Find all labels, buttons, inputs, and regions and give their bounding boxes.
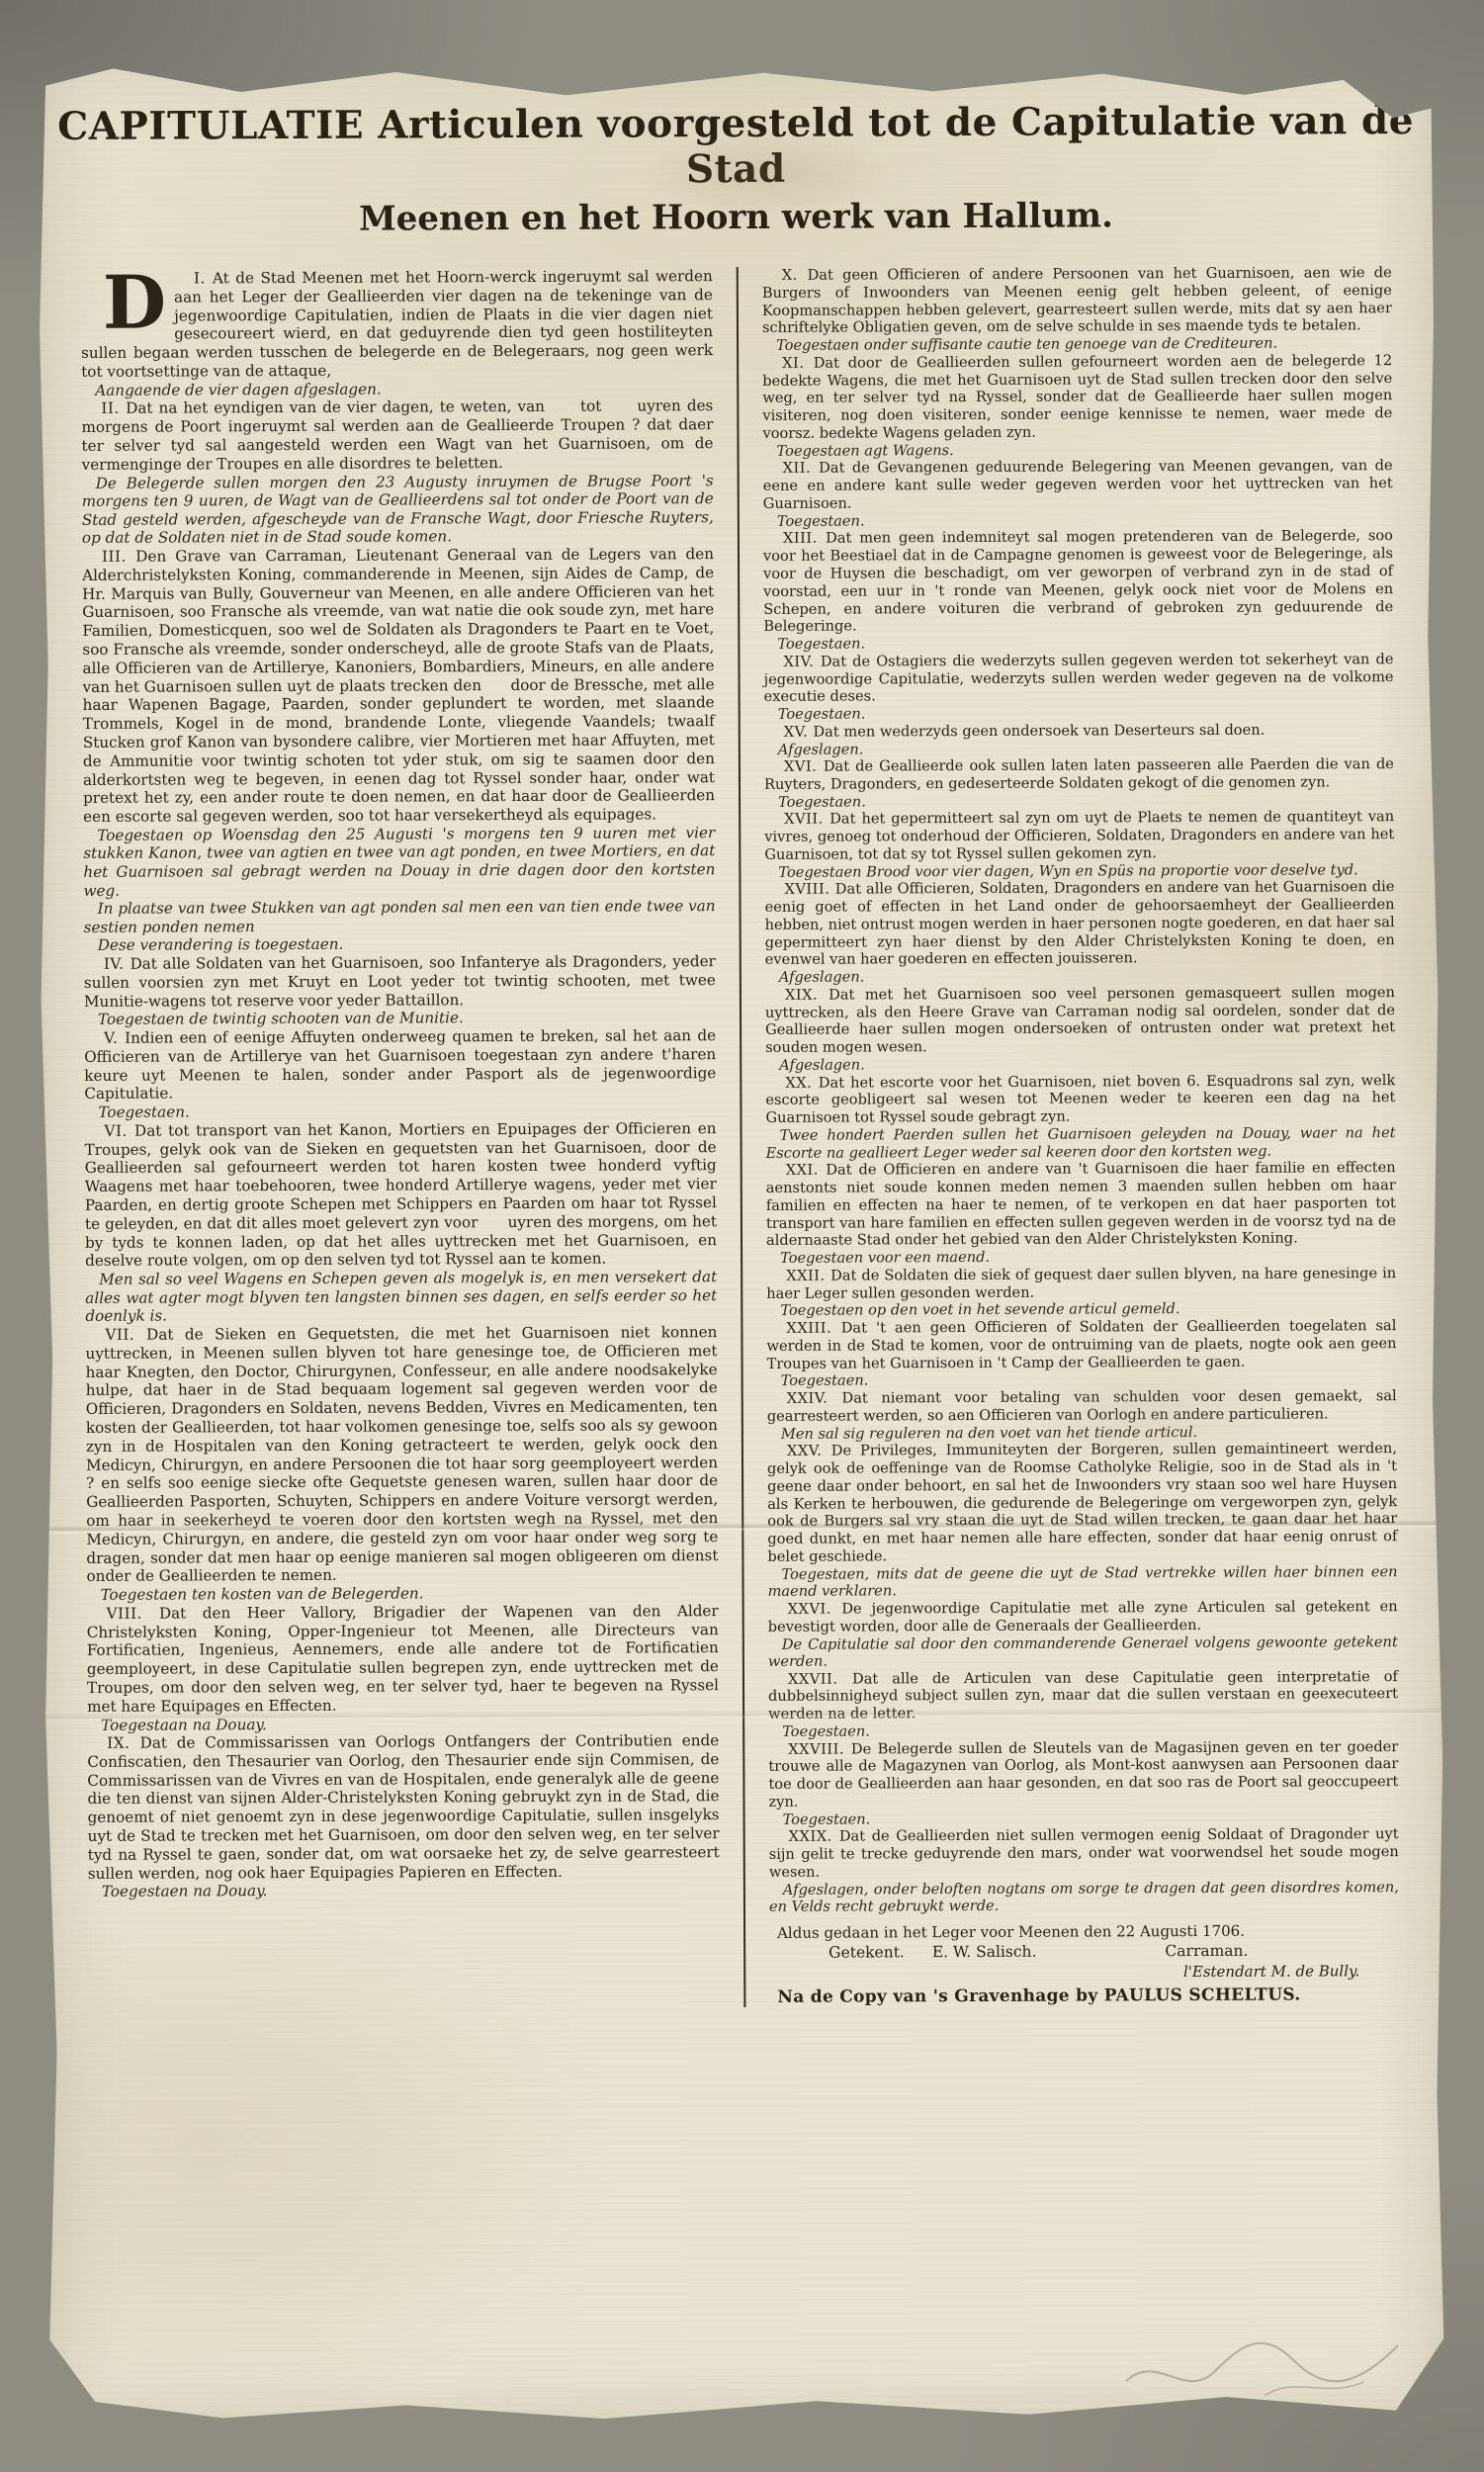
title-line-1: CAPITULATIE Articulen voorgesteld tot de… xyxy=(29,98,1442,195)
signed-label: Getekent. xyxy=(829,1942,905,1963)
article-response: Toegestaen op Woensdag den 25 Augusti 's… xyxy=(83,824,715,900)
article-II: II. Dat na het eyndigen van de vier dage… xyxy=(81,397,713,474)
article-number: XXVII. xyxy=(788,1670,852,1687)
column-right-articles: X. Dat geen Officieren of andere Persoon… xyxy=(762,264,1399,1916)
article-number: XIII. xyxy=(783,530,826,547)
article-number: IX. xyxy=(107,1734,140,1752)
article-XII: XII. Dat de Gevangenen geduurende Belege… xyxy=(763,457,1393,512)
article-XXV: XXV. De Privileges, Immuniteyten der Bor… xyxy=(767,1440,1398,1565)
article-number: III. xyxy=(102,548,135,566)
article-number: I. xyxy=(194,269,213,287)
article-number: VI. xyxy=(104,1121,134,1139)
title-line-2: Meenen en het Hoorn werk van Hallum. xyxy=(29,195,1442,240)
article-number: X. xyxy=(782,267,808,284)
article-number: XII. xyxy=(783,460,820,477)
article-VII: VII. Dat de Sieken en Gequetsten, die me… xyxy=(85,1323,718,1586)
article-number: XIV. xyxy=(783,653,820,669)
article-number: XXI. xyxy=(786,1162,827,1179)
article-XXII: XXII. Dat de Soldaten die siek of geques… xyxy=(766,1265,1396,1302)
article-response: Twee hondert Paerden sullen het Guarniso… xyxy=(766,1124,1396,1162)
article-XI: XI. Dat door de Geallieerden sullen gefo… xyxy=(762,352,1392,443)
article-number: XXIV. xyxy=(787,1390,842,1407)
article-XXVI: XXVI. De jegenwoordige Capitulatie met a… xyxy=(768,1598,1398,1635)
text-columns: I. DAt de Stad Meenen met het Hoorn-werc… xyxy=(30,264,1451,2010)
article-number: VII. xyxy=(105,1326,146,1344)
article-XXIII: XXIII. Dat 't aen geen Officieren of Sol… xyxy=(766,1317,1396,1372)
printer-imprint: Na de Copy van 's Gravenhage by PAULUS S… xyxy=(769,1985,1399,2007)
document-sheet: CAPITULATIE Articulen voorgesteld tot de… xyxy=(29,37,1453,2435)
article-IV: IV. Dat alle Soldaten van het Guarnisoen… xyxy=(84,952,716,1011)
article-number: XX. xyxy=(785,1074,819,1091)
drop-cap: D xyxy=(81,269,174,332)
article-XVII: XVII. Dat het gepermitteert sal zyn om u… xyxy=(764,808,1394,863)
article-XIX: XIX. Dat met het Guarnisoen soo veel per… xyxy=(765,984,1395,1057)
article-V: V. Indien een of eenige Affuyten onderwe… xyxy=(84,1026,716,1104)
article-VIII: VIII. Dat den Heer Vallory, Brigadier de… xyxy=(87,1602,719,1717)
article-X: X. Dat geen Officieren of andere Persoon… xyxy=(762,264,1392,337)
article-number: XV. xyxy=(784,723,814,740)
article-number: XXVIII. xyxy=(788,1740,851,1757)
article-XVIII: XVIII. Dat alle Officieren, Soldaten, Dr… xyxy=(764,878,1394,969)
article-I: I. DAt de Stad Meenen met het Hoorn-werc… xyxy=(81,267,713,382)
article-XXVII: XXVII. Dat alle de Articulen van dese Ca… xyxy=(768,1668,1398,1723)
article-XXIX: XXIX. Dat de Geallieerden niet sullen ve… xyxy=(769,1826,1399,1882)
article-IX: IX. Dat de Commissarissen van Oorlogs On… xyxy=(87,1731,720,1883)
article-response: Afgeslagen, onder beloften nogtans om so… xyxy=(769,1879,1399,1916)
article-VI: VI. Dat tot transport van het Kanon, Mor… xyxy=(84,1119,717,1271)
article-number: XXIII. xyxy=(786,1320,840,1337)
article-number: XIX. xyxy=(785,986,829,1003)
article-XVI: XVI. Dat de Geallieerde ook sullen laten… xyxy=(764,755,1394,793)
closing-block: Aldus gedaan in het Leger voor Meenen de… xyxy=(769,1921,1399,2007)
article-XXVIII: XXVIII. De Belegerde sullen de Sleutels … xyxy=(768,1738,1398,1811)
column-left: I. DAt de Stad Meenen met het Hoorn-werc… xyxy=(81,267,744,2010)
article-XIV: XIV. Dat de Ostagiers die wederzyts sull… xyxy=(763,651,1393,706)
article-number: XI. xyxy=(782,354,814,371)
column-right: X. Dat geen Officieren of andere Persoon… xyxy=(737,264,1400,2007)
article-XXI: XXI. Dat de Officieren en andere van 't … xyxy=(766,1159,1396,1250)
article-number: VIII. xyxy=(107,1604,159,1622)
article-response: De Belegerde sullen morgen den 23 August… xyxy=(82,472,714,548)
article-number: XVII. xyxy=(784,811,829,828)
article-number: XVI. xyxy=(784,758,824,775)
article-XX: XX. Dat het escorte voor het Guarnisoen,… xyxy=(765,1072,1395,1127)
article-response: De Capitulatie sal door den commanderend… xyxy=(768,1633,1398,1671)
article-response: Toegestaen, mits dat de geene die uyt de… xyxy=(767,1563,1397,1601)
article-number: II. xyxy=(101,399,126,417)
article-number: XXVI. xyxy=(788,1600,842,1617)
signature-carraman: Carraman. xyxy=(1165,1941,1248,1962)
article-number: IV. xyxy=(104,955,131,973)
signature-salisch: E. W. Salisch. xyxy=(932,1942,1037,1963)
handwritten-scribble xyxy=(1116,2291,1414,2411)
article-XIII: XIII. Dat men geen indemniteyt sal mogen… xyxy=(763,527,1393,636)
article-number: XXIX. xyxy=(789,1828,839,1845)
article-response: Toegestaen na Douay. xyxy=(88,1881,720,1901)
article-number: XXII. xyxy=(786,1267,830,1283)
article-response: In plaatse van twee Stukken van agt pond… xyxy=(84,897,716,936)
article-response: Men sal so veel Wagens en Schepen geven … xyxy=(85,1268,717,1326)
article-number: XXV. xyxy=(787,1443,831,1459)
article-number: XVIII. xyxy=(784,881,834,898)
article-XXIV: XXIV. Dat niemant voor betaling van schu… xyxy=(767,1387,1397,1425)
article-III: III. Den Grave van Carraman, Lieutenant … xyxy=(82,545,715,827)
article-number: V. xyxy=(104,1029,125,1047)
scan-background: { "colors": {"background": "#8f8c82", "p… xyxy=(0,0,1484,2472)
signature-bully: l'Estendart M. de Bully. xyxy=(769,1961,1399,1984)
document-title: CAPITULATIE Articulen voorgesteld tot de… xyxy=(29,98,1443,240)
signature-row: Getekent. E. W. Salisch. Carraman. xyxy=(769,1940,1399,1964)
